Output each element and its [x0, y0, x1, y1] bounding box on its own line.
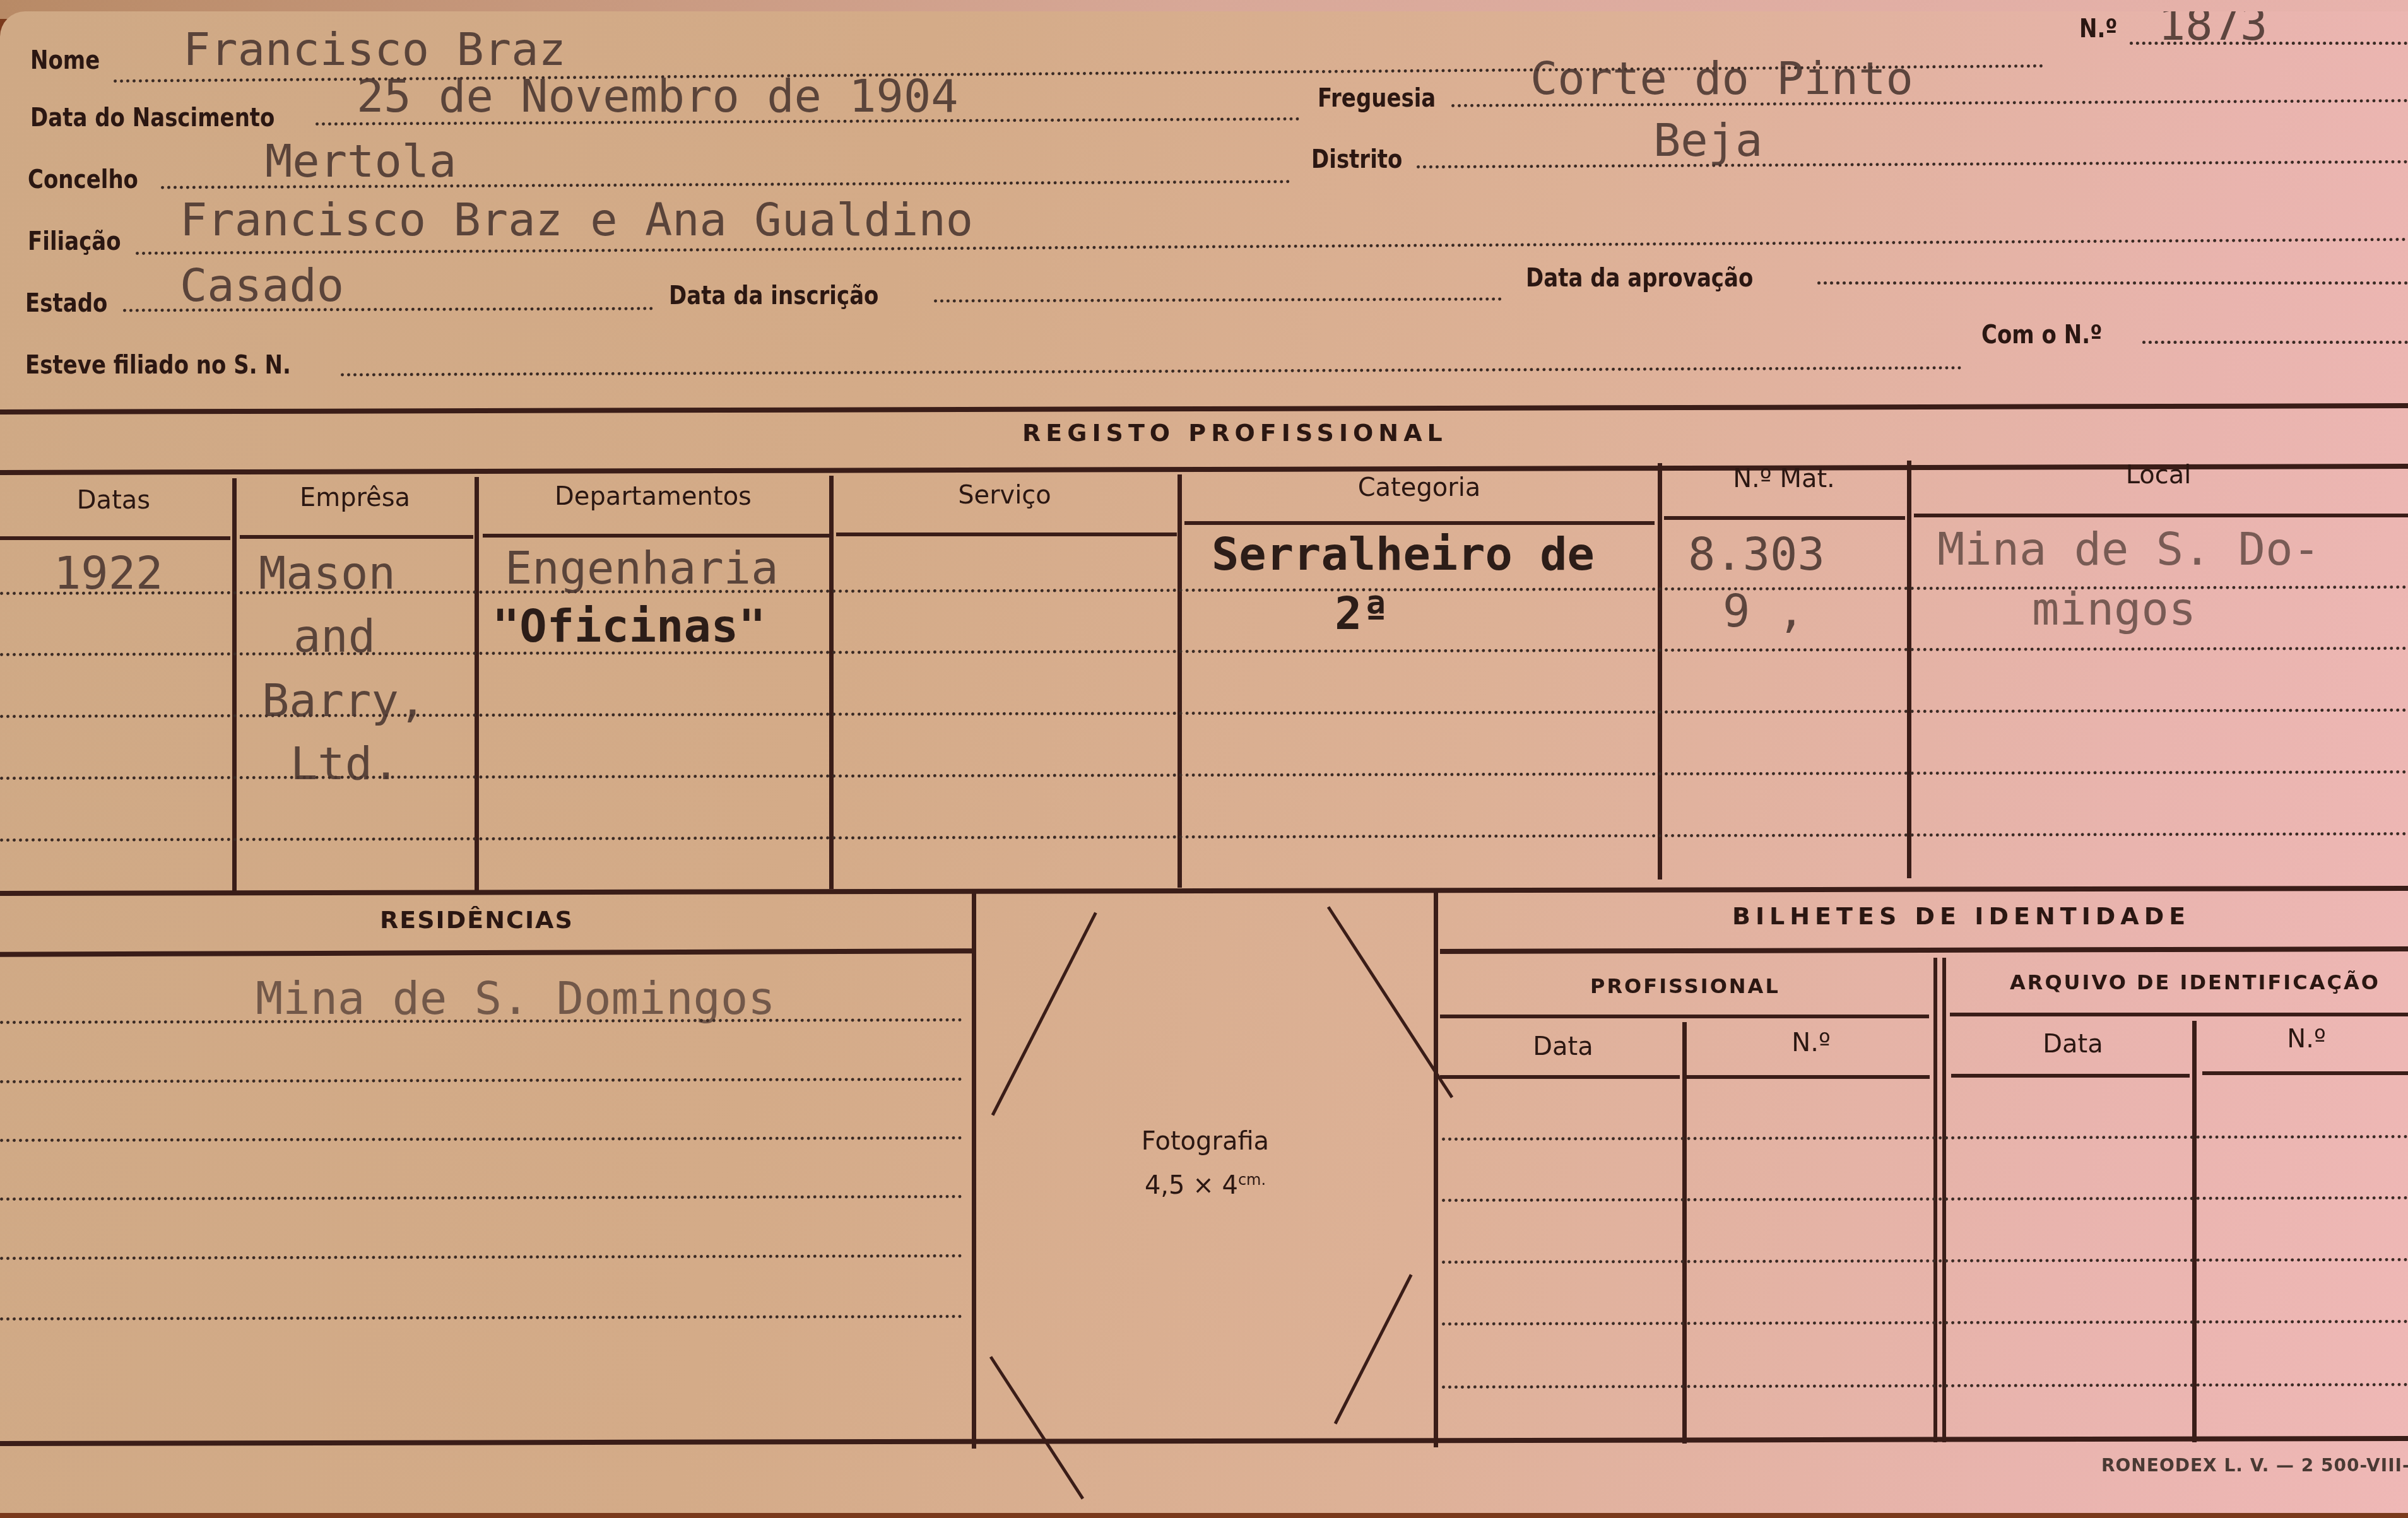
filiacao-value: Francisco Braz e Ana Gualdino — [180, 193, 973, 246]
header-underline-servico — [836, 532, 1177, 536]
registo-row1-n-mat: 8.303 — [1688, 527, 1825, 580]
photo-right-border — [1434, 892, 1438, 1447]
data-nascimento-value: 25 de Novembro de 1904 — [357, 69, 959, 122]
photo-size-unit: cm. — [1238, 1171, 1266, 1189]
col-header-n-mat: N.º Mat. — [1659, 464, 1909, 493]
registo-row1-empresa: Mason — [259, 546, 396, 599]
number-label: N.º — [2079, 15, 2118, 44]
col-header-categoria: Categoria — [1179, 473, 1659, 502]
header-underline-local — [1914, 514, 2408, 517]
col-divider-5 — [1658, 463, 1662, 880]
profissional-col-divider — [1682, 1022, 1687, 1444]
estado-value: Casado — [180, 259, 344, 312]
col-divider-3 — [829, 476, 834, 889]
data-aprovacao-line — [1817, 281, 2408, 285]
arquivo-col-divider — [2192, 1021, 2197, 1442]
col-header-departamentos: Departamentos — [476, 482, 830, 511]
registo-row1-datas: 1922 — [54, 546, 163, 599]
registo-row2-departamentos: "Oficinas" — [492, 599, 765, 652]
concelho-value: Mertola — [265, 134, 456, 187]
freguesia-value: Corte do Pinto — [1530, 52, 1913, 105]
registo-row2-categoria: 2ª — [1335, 587, 1390, 640]
registo-row1-departamentos: Engenharia — [505, 541, 778, 594]
data-inscricao-label: Data da inscrição — [669, 281, 878, 310]
distrito-value: Beja — [1653, 114, 1762, 167]
distrito-line — [1417, 160, 2408, 168]
registo-row1-local: Mina de S. Do- — [1937, 522, 2320, 575]
header-underline-departamentos — [483, 534, 830, 538]
nome-value: Francisco Braz — [183, 23, 566, 76]
com-o-n-label: Com o N.º — [1981, 321, 2102, 350]
esteve-filiado-line — [341, 366, 1962, 376]
profissional-col-n: N.º — [1691, 1028, 1931, 1057]
bilhetes-top-line — [1440, 946, 2408, 954]
card-number: 1873 — [2158, 11, 2267, 50]
arquivo-underline — [1950, 1013, 2408, 1016]
residencia-entry-1: Mina de S. Domingos — [256, 972, 776, 1025]
nome-label: Nome — [30, 46, 100, 75]
bilhetes-header-underline-2 — [1686, 1075, 1930, 1079]
bilhetes-title: BILHETES DE IDENTIDADE — [1732, 902, 2190, 930]
estado-label: Estado — [25, 289, 107, 318]
col-divider-4 — [1177, 474, 1182, 888]
photo-size-value: 4,5 × 4 — [1145, 1171, 1238, 1200]
data-aprovacao-label: Data da aprovação — [1526, 264, 1753, 293]
header-underline-datas — [0, 536, 230, 540]
col-header-local: Local — [1909, 461, 2408, 490]
col-header-datas: Datas — [0, 486, 227, 515]
registo-row3-empresa: Barry, — [262, 674, 426, 727]
col-divider-1 — [232, 478, 237, 891]
registo-row2-local: mingos — [2032, 582, 2196, 635]
bilhetes-header-underline-1 — [1440, 1075, 1680, 1079]
freguesia-label: Freguesia — [1318, 84, 1436, 113]
registo-row1-categoria: Serralheiro de — [1212, 527, 1595, 580]
photo-label: Fotografia — [975, 1127, 1436, 1156]
photo-size: 4,5 × 4cm. — [975, 1171, 1436, 1200]
col-divider-2 — [475, 477, 479, 890]
esteve-filiado-label: Esteve filiado no S. N. — [25, 351, 291, 380]
registo-row2-empresa: and — [293, 609, 375, 662]
filiacao-label: Filiação — [28, 227, 121, 256]
registo-bottom-line — [0, 886, 2408, 896]
residencias-title: RESIDÊNCIAS — [380, 906, 574, 934]
registration-card: Nome Francisco Braz N.º 1873 Data do Nas… — [0, 11, 2408, 1513]
card-bottom-line — [0, 1436, 2408, 1446]
data-nascimento-label: Data do Nascimento — [30, 103, 274, 132]
profissional-title: PROFISSIONAL — [1590, 974, 1780, 998]
registo-row2-n-mat: 9 , — [1723, 584, 1805, 637]
registo-row4-empresa: Ltd. — [290, 737, 399, 790]
profissional-col-data: Data — [1440, 1032, 1686, 1061]
distrito-label: Distrito — [1311, 145, 1402, 174]
data-inscricao-line — [934, 297, 1502, 302]
registo-profissional-title: REGISTO PROFISSIONAL — [1022, 419, 1448, 447]
arquivo-col-data: Data — [1950, 1030, 2196, 1059]
bilhetes-header-underline-4 — [2202, 1071, 2408, 1075]
residencias-top-line — [0, 948, 972, 956]
col-divider-6 — [1907, 461, 1911, 878]
header-underline-empresa — [240, 535, 473, 539]
bilhetes-header-underline-3 — [1951, 1074, 2190, 1078]
arquivo-col-n: N.º — [2202, 1025, 2408, 1054]
arquivo-title: ARQUIVO DE IDENTIFICAÇÃO — [2010, 970, 2380, 994]
concelho-label: Concelho — [28, 165, 138, 194]
header-underline-categoria — [1184, 521, 1655, 525]
header-separator — [0, 403, 2408, 415]
com-o-n-line — [2142, 341, 2408, 344]
profissional-underline — [1440, 1015, 1929, 1018]
col-header-empresa: Emprêsa — [233, 483, 476, 512]
col-header-servico: Serviço — [831, 481, 1178, 510]
printer-imprint: RONEODEX L. V. — 2 500-VIII-4 — [2101, 1455, 2408, 1476]
header-underline-n-mat — [1664, 516, 1905, 520]
